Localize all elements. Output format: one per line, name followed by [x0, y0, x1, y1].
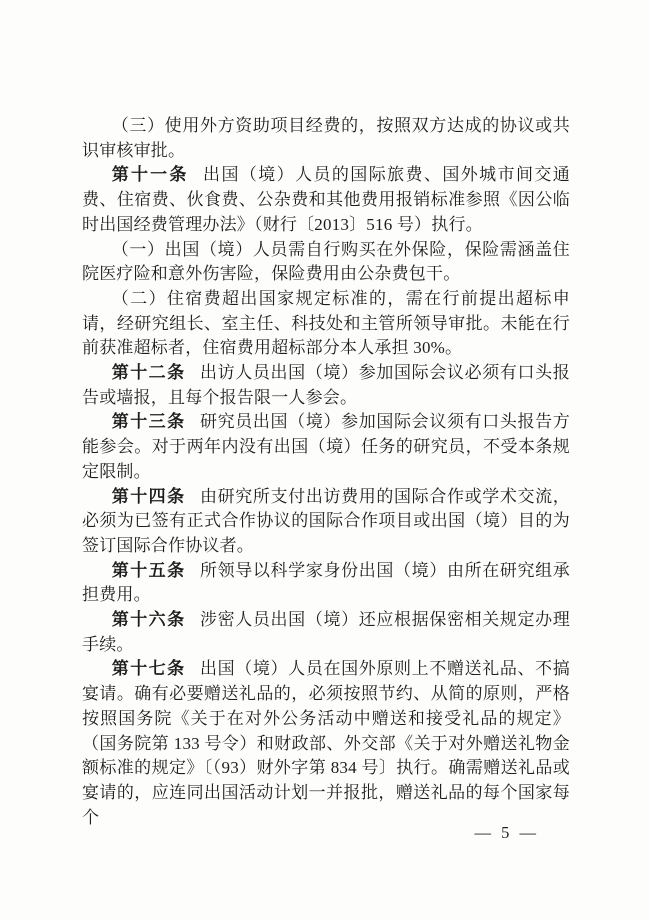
- article-number: 第十四条: [112, 487, 186, 506]
- article-number: 第十三条: [112, 412, 186, 431]
- paragraph: 第十四条由研究所支付出访费用的国际合作或学术交流，必须为已签有正式合作协议的国际…: [82, 485, 570, 559]
- paragraph: 第十六条涉密人员出国（境）还应根据保密相关规定办理手续。: [82, 608, 570, 657]
- paragraph: （三）使用外方资助项目经费的，按照双方达成的协议或共识审核审批。: [82, 114, 570, 163]
- paragraph-text: （三）使用外方资助项目经费的，按照双方达成的协议或共识审核审批。: [82, 116, 570, 160]
- paragraph: 第十五条所领导以科学家身份出国（境）由所在研究组承担费用。: [82, 559, 570, 608]
- article-number: 第十七条: [112, 659, 186, 678]
- paragraph: 第十三条研究员出国（境）参加国际会议须有口头报告方能参会。对于两年内没有出国（境…: [82, 410, 570, 484]
- document-body: （三）使用外方资助项目经费的，按照双方达成的协议或共识审核审批。 第十一条出国（…: [82, 114, 570, 830]
- paragraph: 第十二条出访人员出国（境）参加国际会议必须有口头报告或墙报，且每个报告限一人参会…: [82, 361, 570, 410]
- article-number: 第十六条: [112, 610, 186, 629]
- paragraph: （一）出国（境）人员需自行购买在外保险，保险需涵盖住院医疗险和意外伤害险，保险费…: [82, 238, 570, 287]
- paragraph: （二）住宿费超出国家规定标准的，需在行前提出超标申请，经研究组长、室主任、科技处…: [82, 287, 570, 361]
- page-number: — 5 —: [475, 823, 540, 843]
- document-page: （三）使用外方资助项目经费的，按照双方达成的协议或共识审核审批。 第十一条出国（…: [0, 0, 650, 919]
- paragraph-text: （一）出国（境）人员需自行购买在外保险，保险需涵盖住院医疗险和意外伤害险，保险费…: [82, 240, 570, 284]
- article-number: 第十五条: [112, 561, 186, 580]
- paragraph-text: （二）住宿费超出国家规定标准的，需在行前提出超标申请，经研究组长、室主任、科技处…: [82, 289, 570, 357]
- article-number: 第十一条: [112, 165, 189, 184]
- article-number: 第十二条: [112, 363, 186, 382]
- paragraph: 第十七条出国（境）人员在国外原则上不赠送礼品、不搞宴请。确有必要赠送礼品的，必须…: [82, 657, 570, 830]
- paragraph-text: 出国（境）人员在国外原则上不赠送礼品、不搞宴请。确有必要赠送礼品的，必须按照节约…: [82, 659, 570, 826]
- paragraph: 第十一条出国（境）人员的国际旅费、国外城市间交通费、住宿费、伙食费、公杂费和其他…: [82, 163, 570, 237]
